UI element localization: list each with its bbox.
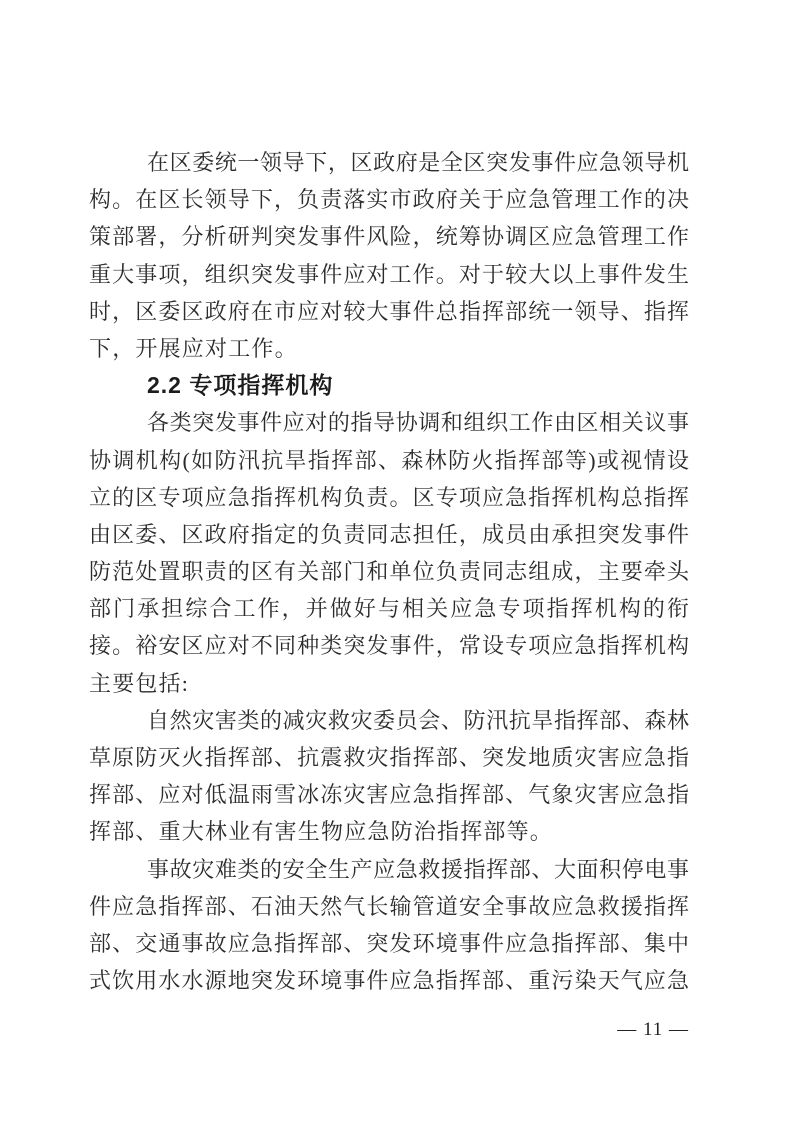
page-number: — 11 — [617,1019,689,1041]
text-line: 自然灾害类的减灾救灾委员会、防汛抗旱指挥部、森林 [89,702,689,739]
text-line: 立的区专项应急指挥机构负责。区专项应急指挥机构总指挥 [89,479,689,516]
text-line: 构。在区长领导下，负责落实市政府关于应急管理工作的决 [89,181,689,218]
text-line: 重大事项，组织突发事件应对工作。对于较大以上事件发生 [89,256,689,293]
text-line: 挥部、重大林业有害生物应急防治指挥部等。 [89,813,689,850]
text-line: 草原防灭火指挥部、抗震救灾指挥部、突发地质灾害应急指 [89,739,689,776]
section-heading: 2.2 专项指挥机构 [89,367,689,404]
text-line: 协调机构(如防汛抗旱指挥部、森林防火指挥部等)或视情设 [89,442,689,479]
text-line: 式饮用水水源地突发环境事件应急指挥部、重污染天气应急 [89,962,689,999]
text-line: 部、交通事故应急指挥部、突发环境事件应急指挥部、集中 [89,925,689,962]
text-line: 挥部、应对低温雨雪冰冻灾害应急指挥部、气象灾害应急指 [89,776,689,813]
paragraph-natural-disasters: 自然灾害类的减灾救灾委员会、防汛抗旱指挥部、森林 草原防灭火指挥部、抗震救灾指挥… [89,702,689,851]
text-line: 由区委、区政府指定的负责同志担任，成员由承担突发事件 [89,516,689,553]
text-line: 部门承担综合工作，并做好与相关应急专项指挥机构的衔 [89,590,689,627]
document-page: 在区委统一领导下，区政府是全区突发事件应急领导机 构。在区长领导下，负责落实市政… [0,0,793,1122]
text-line: 策部署，分析研判突发事件风险，统筹协调区应急管理工作 [89,218,689,255]
text-line: 事故灾难类的安全生产应急救援指挥部、大面积停电事 [89,851,689,888]
text-line: 防范处置职责的区有关部门和单位负责同志组成，主要牵头 [89,553,689,590]
document-content: 在区委统一领导下，区政府是全区突发事件应急领导机 构。在区长领导下，负责落实市政… [89,144,689,999]
paragraph-leadership: 在区委统一领导下，区政府是全区突发事件应急领导机 构。在区长领导下，负责落实市政… [89,144,689,367]
text-line: 件应急指挥部、石油天然气长输管道安全事故应急救援指挥 [89,888,689,925]
text-line: 接。裕安区应对不同种类突发事件，常设专项应急指挥机构 [89,627,689,664]
paragraph-special-command: 各类突发事件应对的指导协调和组织工作由区相关议事 协调机构(如防汛抗旱指挥部、森… [89,404,689,702]
text-line: 时，区委区政府在市应对较大事件总指挥部统一领导、指挥 [89,293,689,330]
text-line: 主要包括: [89,665,689,702]
text-line: 在区委统一领导下，区政府是全区突发事件应急领导机 [89,144,689,181]
text-line: 下，开展应对工作。 [89,330,689,367]
text-line: 各类突发事件应对的指导协调和组织工作由区相关议事 [89,404,689,441]
paragraph-accident-disasters: 事故灾难类的安全生产应急救援指挥部、大面积停电事 件应急指挥部、石油天然气长输管… [89,851,689,1000]
